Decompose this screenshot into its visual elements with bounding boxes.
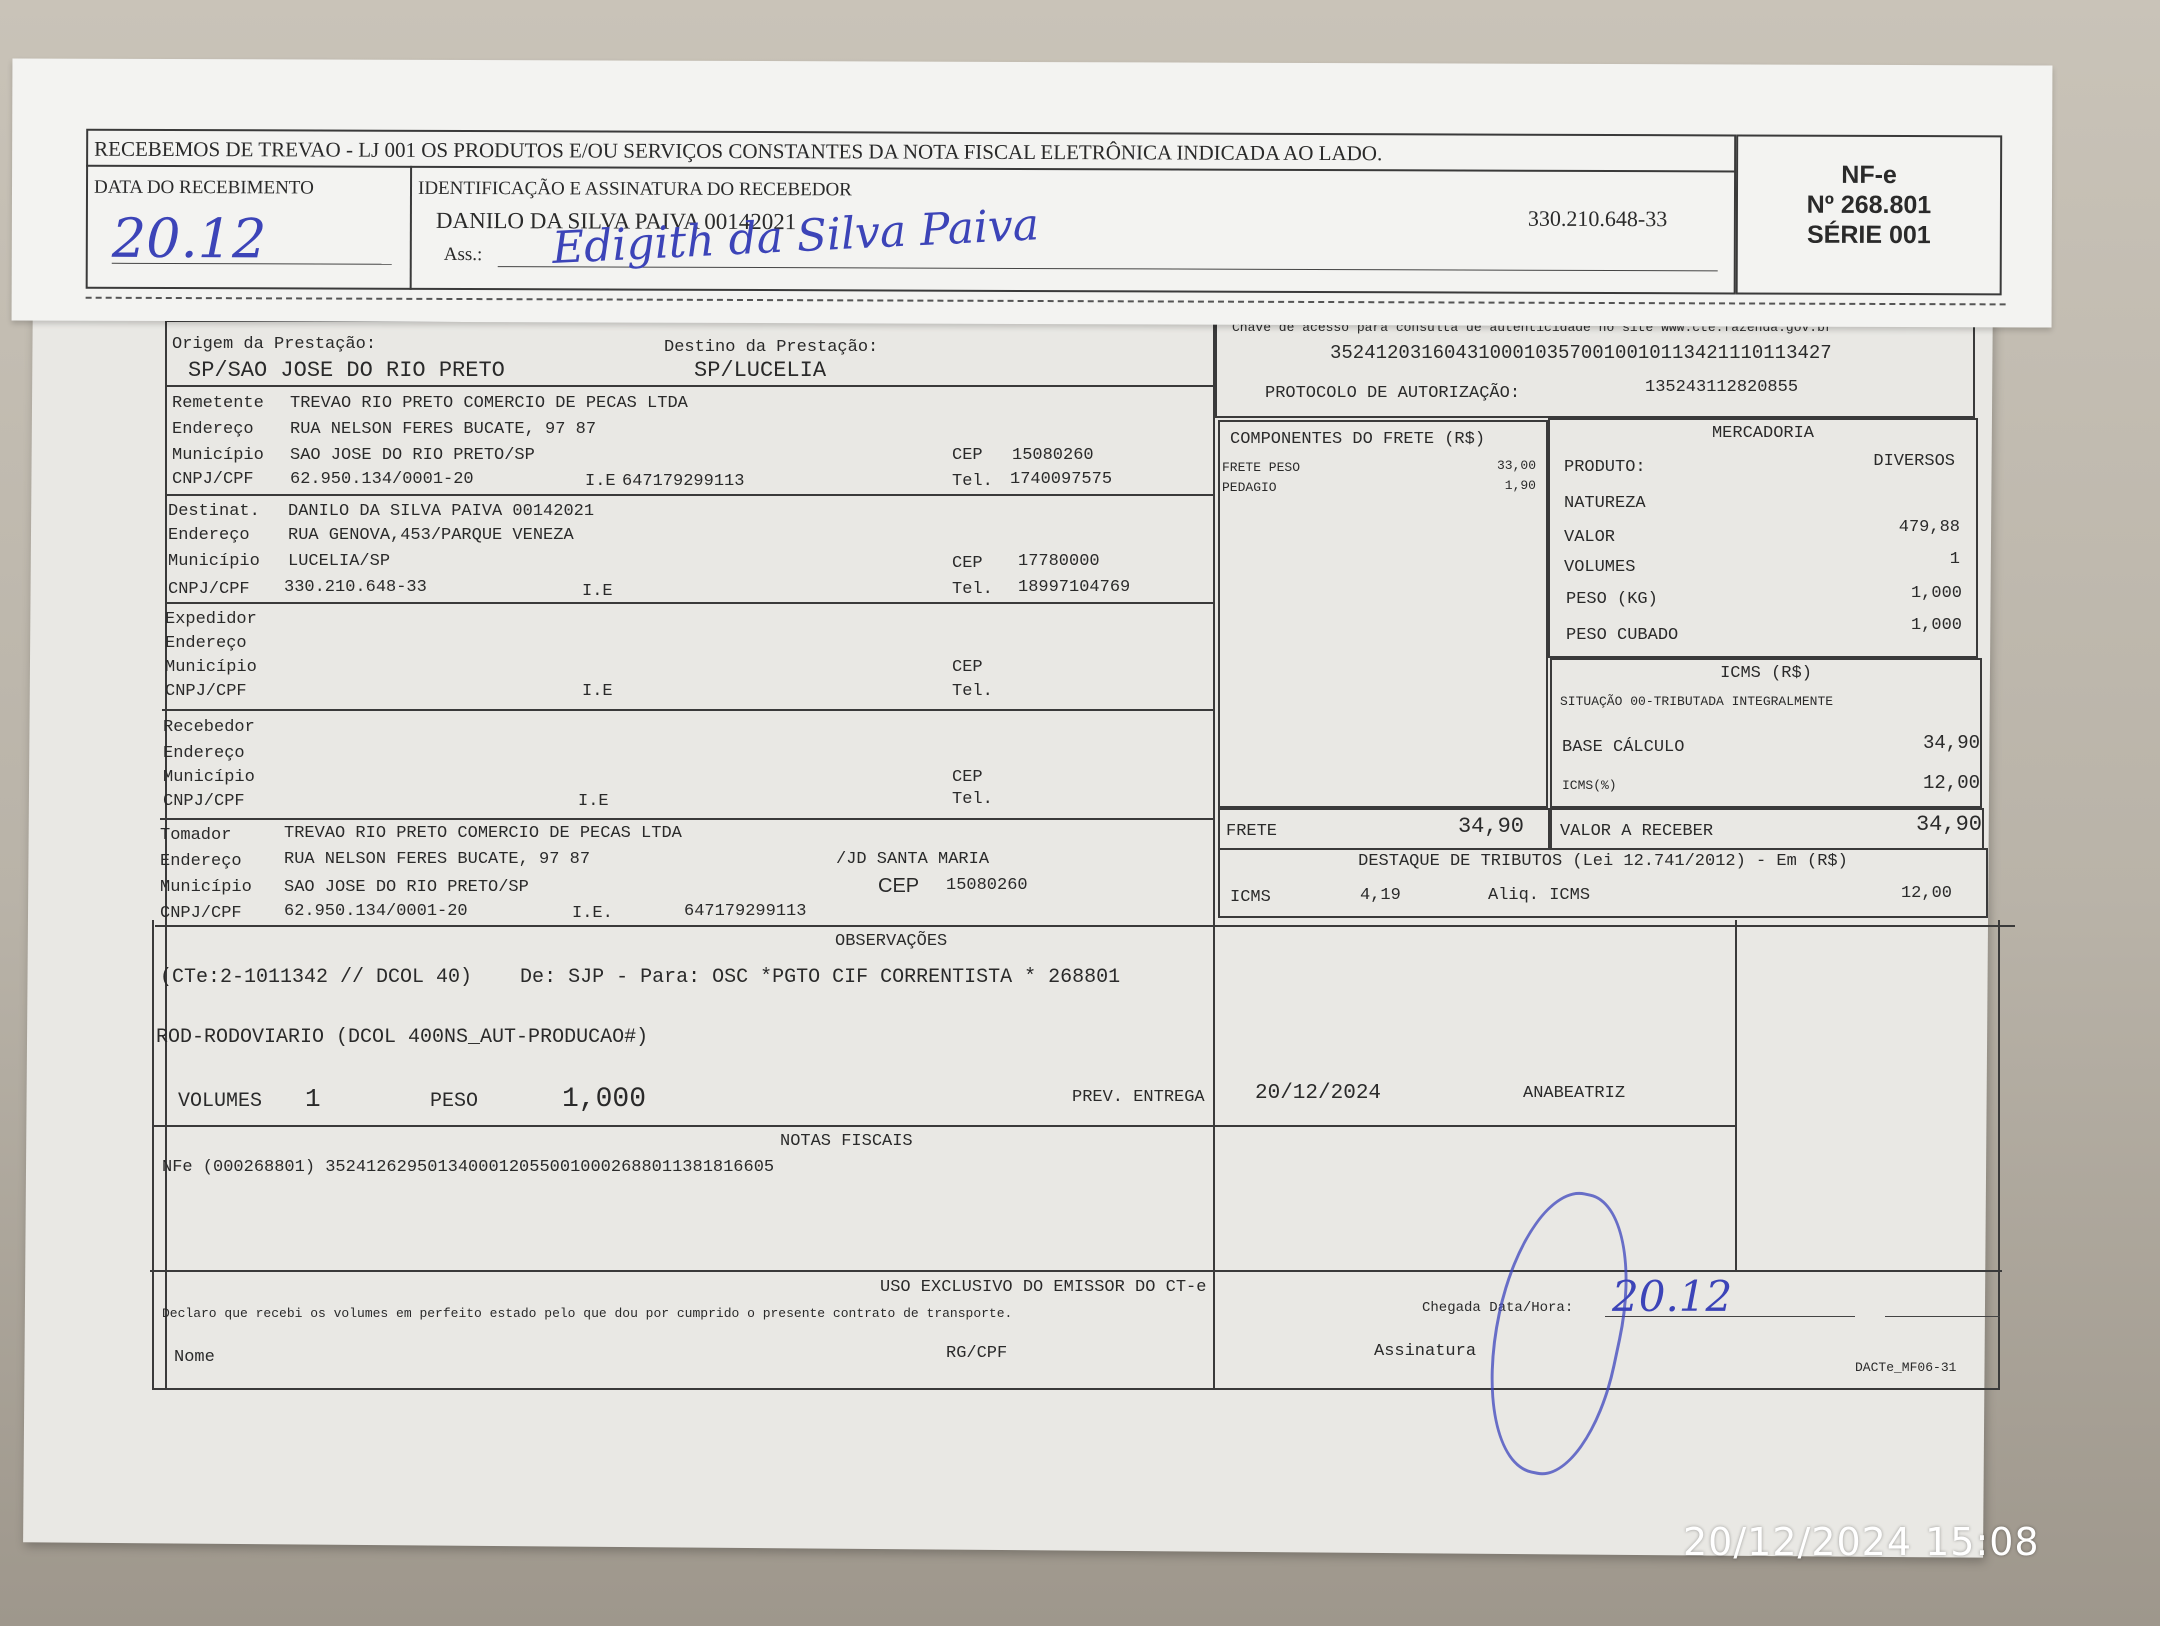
destinatario-value: DANILO DA SILVA PAIVA 00142021 <box>288 502 594 521</box>
componente-value: 1,90 <box>1440 478 1536 493</box>
componente-label: FRETE PESO <box>1222 460 1300 475</box>
prev-entrega-value: 20/12/2024 <box>1255 1082 1381 1105</box>
destinatario-cep: 17780000 <box>1018 552 1100 571</box>
icms-aliq-label: ICMS(%) <box>1562 778 1617 793</box>
icms-situacao: SITUAÇÃO 00-TRIBUTADA INTEGRALMENTE <box>1560 694 1833 709</box>
remetente-label: Remetente <box>172 394 264 413</box>
identificacao-label: IDENTIFICAÇÃO E ASSINATURA DO RECEBEDOR <box>418 178 852 202</box>
tomador-endereco-label: Endereço <box>160 852 242 871</box>
obs-volumes-value: 1 <box>305 1084 321 1114</box>
operador: ANABEATRIZ <box>1523 1084 1625 1103</box>
tomador-value: TREVAO RIO PRETO COMERCIO DE PECAS LTDA <box>284 824 682 843</box>
rgcpf-label: RG/CPF <box>946 1344 1007 1363</box>
peso-value: 1,000 <box>1760 584 1962 603</box>
observacoes-title: OBSERVAÇÕES <box>835 932 947 951</box>
photo-timestamp: 20/12/2024 15:08 <box>1683 1520 2040 1564</box>
obs-peso-label: PESO <box>430 1090 478 1113</box>
form-code: DACTe_MF06-31 <box>1855 1360 1956 1375</box>
tributos-title: DESTAQUE DE TRIBUTOS (Lei 12.741/2012) -… <box>1218 852 1988 871</box>
protocolo-label: PROTOCOLO DE AUTORIZAÇÃO: <box>1265 384 1520 403</box>
uso-exclusivo-title: USO EXCLUSIVO DO EMISSOR DO CT-e <box>880 1278 1206 1297</box>
remetente-cnpj-label: CNPJ/CPF <box>172 470 254 489</box>
tomador-municipio: SAO JOSE DO RIO PRETO/SP <box>284 878 529 897</box>
data-recebimento-handwritten: 20.12 <box>112 207 267 271</box>
tomador-municipio-label: Município <box>160 878 252 897</box>
remetente-endereco-label: Endereço <box>172 420 254 439</box>
origem-label: Origem da Prestação: <box>172 335 376 354</box>
recebedor-cnpj-label: CNPJ/CPF <box>163 792 245 811</box>
componentes-title: COMPONENTES DO FRETE (R$) <box>1230 430 1485 449</box>
destinatario-cep-label: CEP <box>952 554 983 573</box>
destinatario-ie-label: I.E <box>582 582 613 601</box>
tomador-ie: 647179299113 <box>684 902 806 921</box>
notas-fiscais-title: NOTAS FISCAIS <box>780 1132 913 1151</box>
expedidor-label: Expedidor <box>165 610 257 629</box>
remetente-municipio-label: Município <box>172 446 264 465</box>
peso-cubado-value: 1,000 <box>1760 616 1962 635</box>
peso-label: PESO (KG) <box>1566 590 1658 609</box>
recebedor-label: Recebedor <box>163 718 255 737</box>
produto-value: DIVERSOS <box>1760 452 1955 471</box>
protocolo-value: 135243112820855 <box>1645 378 1798 397</box>
recebedor-ie-label: I.E <box>578 792 609 811</box>
observacoes-line1: (CTe:2-1011342 // DCOL 40) De: SJP - Par… <box>160 966 1120 989</box>
produto-label: PRODUTO: <box>1564 458 1646 477</box>
nome-label: Nome <box>174 1348 215 1367</box>
destinatario-endereco: RUA GENOVA,453/PARQUE VENEZA <box>288 526 574 545</box>
base-calculo-value: 34,90 <box>1780 732 1980 754</box>
tomador-cnpj: 62.950.134/0001-20 <box>284 902 468 921</box>
destinatario-label: Destinat. <box>168 502 260 521</box>
chegada-handwritten: 20.12 <box>1612 1272 1732 1321</box>
obs-volumes-label: VOLUMES <box>178 1090 262 1113</box>
origem-value: SP/SAO JOSE DO RIO PRETO <box>188 358 505 383</box>
tomador-cep: 15080260 <box>946 876 1028 895</box>
valor-receber-value: 34,90 <box>1780 812 1982 837</box>
recebedor-municipio-label: Município <box>163 768 255 787</box>
valor-receber-label: VALOR A RECEBER <box>1560 822 1713 841</box>
remetente-cep-label: CEP <box>952 446 983 465</box>
expedidor-ie-label: I.E <box>582 682 613 701</box>
remetente-ie-label: I.E <box>585 472 616 491</box>
valor-label: VALOR <box>1564 528 1615 547</box>
remetente-municipio: SAO JOSE DO RIO PRETO/SP <box>290 446 535 465</box>
tributos-icms-value: 4,19 <box>1360 886 1401 905</box>
destinatario-endereco-label: Endereço <box>168 526 250 545</box>
assinatura-label: Assinatura <box>1374 1342 1476 1361</box>
expedidor-cep-label: CEP <box>952 658 983 677</box>
destino-label: Destino da Prestação: <box>664 338 878 357</box>
destinatario-municipio-label: Município <box>168 552 260 571</box>
remetente-cep: 15080260 <box>1012 446 1094 465</box>
tributos-aliq-value: 12,00 <box>1780 884 1952 903</box>
destinatario-tel: 18997104769 <box>1018 578 1130 597</box>
tomador-label: Tomador <box>160 826 231 845</box>
tomador-cep-label: CEP <box>878 875 919 898</box>
obs-peso-value: 1,000 <box>562 1084 646 1115</box>
mercadoria-title: MERCADORIA <box>1548 424 1978 443</box>
recebedor-cpf: 330.210.648-33 <box>1528 206 1667 232</box>
frete-value: 34,90 <box>1400 814 1524 839</box>
expedidor-endereco-label: Endereço <box>165 634 247 653</box>
prev-entrega-label: PREV. ENTREGA <box>1072 1088 1205 1107</box>
cut-line <box>86 297 2006 306</box>
recebedor-cep-label: CEP <box>952 768 983 787</box>
remetente-tel: 1740097575 <box>1010 470 1112 489</box>
remetente-ie: 647179299113 <box>622 472 744 491</box>
tributos-icms-label: ICMS <box>1230 888 1271 907</box>
natureza-label: NATUREZA <box>1564 494 1646 513</box>
remetente-tel-label: Tel. <box>952 472 993 491</box>
stub-header: RECEBEMOS DE TREVAO - LJ 001 OS PRODUTOS… <box>94 137 1382 166</box>
destinatario-cnpj-label: CNPJ/CPF <box>168 580 250 599</box>
volumes-label: VOLUMES <box>1564 558 1635 577</box>
observacoes-line2: ROD-RODOVIARIO (DCOL 400NS_AUT-PRODUCAO#… <box>156 1026 648 1049</box>
valor-value: 479,88 <box>1760 518 1960 537</box>
nfe-serie: SÉRIE 001 <box>1736 220 2002 250</box>
nfe-title: NF-e <box>1736 160 2002 190</box>
remetente-cnpj: 62.950.134/0001-20 <box>290 470 474 489</box>
nfe-numero: Nº 268.801 <box>1736 190 2002 220</box>
destinatario-cnpj: 330.210.648-33 <box>284 578 427 597</box>
base-calculo-label: BASE CÁLCULO <box>1562 738 1684 757</box>
icms-title: ICMS (R$) <box>1550 664 1982 683</box>
declaracao-text: Declaro que recebi os volumes em perfeit… <box>162 1306 1012 1321</box>
destinatario-tel-label: Tel. <box>952 580 993 599</box>
expedidor-municipio-label: Município <box>165 658 257 677</box>
remetente-value: TREVAO RIO PRETO COMERCIO DE PECAS LTDA <box>290 394 688 413</box>
recebedor-tel-label: Tel. <box>952 790 993 809</box>
ass-label: Ass.: <box>444 244 483 266</box>
peso-cubado-label: PESO CUBADO <box>1566 626 1678 645</box>
frete-label: FRETE <box>1226 822 1277 841</box>
recebedor-endereco-label: Endereço <box>163 744 245 763</box>
volumes-value: 1 <box>1760 550 1960 569</box>
nota-fiscal-item: NFe (000268801) 352412629501340001205500… <box>162 1158 774 1177</box>
tomador-bairro: /JD SANTA MARIA <box>836 850 989 869</box>
nfe-receipt-stub: RECEBEMOS DE TREVAO - LJ 001 OS PRODUTOS… <box>12 58 2053 327</box>
data-recebimento-label: DATA DO RECEBIMENTO <box>94 177 314 200</box>
tomador-endereco: RUA NELSON FERES BUCATE, 97 87 <box>284 850 590 869</box>
expedidor-cnpj-label: CNPJ/CPF <box>165 682 247 701</box>
componente-label: PEDAGIO <box>1222 480 1277 495</box>
tributos-aliq-label: Aliq. ICMS <box>1488 886 1590 905</box>
remetente-endereco: RUA NELSON FERES BUCATE, 97 87 <box>290 420 596 439</box>
destinatario-municipio: LUCELIA/SP <box>288 552 390 571</box>
destino-value: SP/LUCELIA <box>694 358 826 383</box>
componente-value: 33,00 <box>1440 458 1536 473</box>
expedidor-tel-label: Tel. <box>952 682 993 701</box>
icms-aliq-value: 12,00 <box>1780 772 1980 794</box>
chave-acesso: 3524120316043100010357001001011342111011… <box>1330 342 1832 364</box>
